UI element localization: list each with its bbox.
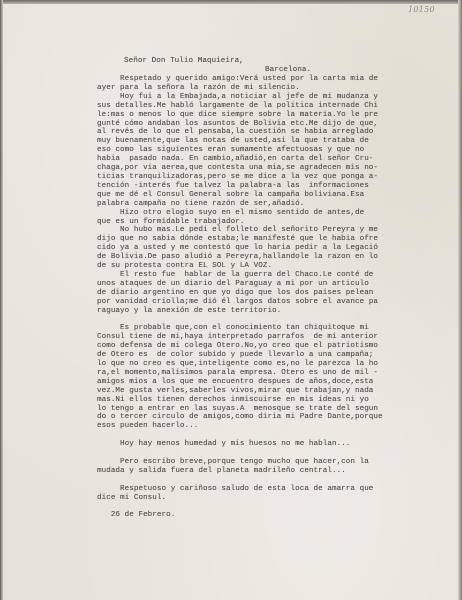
- letter-line: al revés de lo que el pensaba,la cuestió…: [97, 128, 383, 137]
- letter-line: chaga,por via aerea,que contesta una mia…: [97, 164, 383, 173]
- letter-line: de Otero es de color subido y puede llev…: [97, 351, 383, 360]
- letter-line: lo que no creo es que,inteligente como e…: [97, 360, 383, 369]
- letter-line: como defensa de mi colega Otero.No,yo cr…: [97, 342, 383, 351]
- letter-line: vez.Me gusta verles,saberles vivos,mirar…: [97, 387, 383, 396]
- letter-line: amigos mios a los que me encuentro despu…: [97, 378, 383, 387]
- letter-line: Respetuoso y cariñoso saludo de esta loc…: [97, 485, 383, 494]
- letter-line: raguayo y la anexión de este territorio.: [97, 307, 383, 316]
- scanned-letter-page: 10150 Señor Don Tulio Maquieira, Barcelo…: [0, 0, 462, 600]
- addressee-city: Barcelona.: [265, 66, 311, 75]
- letter-line: tención -interés fue talvez la palabra-a…: [97, 182, 383, 191]
- letter-line: palabra campaña no tiene razón de ser,añ…: [97, 200, 383, 209]
- letter-line: que me dé el Consul General sobre la cam…: [97, 191, 383, 200]
- letter-body: Respetado y querido amigo:Verá usted por…: [97, 75, 383, 520]
- letter-line: le:mas o menos lo que dice siempre sobre…: [97, 111, 383, 120]
- letter-line: muy buenamente,que las notas de usted,as…: [97, 137, 383, 146]
- blank-line: [97, 431, 383, 440]
- letter-line: 26 de Febrero.: [97, 511, 383, 520]
- letter-line: sus detalles.Me habló largamente de la p…: [97, 102, 383, 111]
- scan-left-edge: [0, 0, 3, 600]
- letter-line: mas.Ni ellos tienen derechos inmiscuirse…: [97, 396, 383, 405]
- letter-line: Es probable que,con el conocimiento tan …: [97, 324, 383, 333]
- addressee: Señor Don Tulio Maquieira,: [124, 57, 244, 66]
- letter-line: dice mi Consul.: [97, 494, 383, 503]
- letter-line: Respetado y querido amigo:Verá usted por…: [97, 75, 383, 84]
- folio-number: 10150: [408, 5, 435, 14]
- letter-line: de diario argentino en que yo digo que l…: [97, 289, 383, 298]
- letter-line: de su protesta contra EL SOL y LA VOZ.: [97, 262, 383, 271]
- letter-line: Consul tiene de mi,haya interpretado par…: [97, 333, 383, 342]
- letter-line: ayer para la señora la razón de mi silen…: [97, 84, 383, 93]
- letter-line: El resto fue hablar de la guerra del Cha…: [97, 271, 383, 280]
- letter-line: dijo que no sabia dónde estaba;le manife…: [97, 235, 383, 244]
- letter-line: Pero escribo breve,porque tengo mucho qu…: [97, 458, 383, 467]
- letter-line: No hubo mas.Le pedi el folleto del señor…: [97, 226, 383, 235]
- letter-line: de Bolivia.De paso aludió a Pereyra,hall…: [97, 253, 383, 262]
- letter-line: unos ataques de un diario del Paraguay a…: [97, 280, 383, 289]
- scan-top-edge: [0, 0, 462, 4]
- letter-line: por vanidad criolla;me dió él largos dat…: [97, 298, 383, 307]
- letter-line: mudada y salida fuera del planeta madril…: [97, 467, 383, 476]
- letter-line: do o tercer circulo de amigos,como diria…: [97, 413, 383, 422]
- letter-line: esos pueden hacerlo...: [97, 422, 383, 431]
- letter-line: habia pasado nada. En cambio,añadió,en c…: [97, 155, 383, 164]
- blank-line: [97, 476, 383, 485]
- letter-line: Hizo otro elogio suyo en el mismo sentid…: [97, 209, 383, 218]
- letter-line: ticias tranquilizadoras,pero se me dice …: [97, 173, 383, 182]
- letter-line: Hoy fui a la Embajada,a noticiar al jefe…: [97, 93, 383, 102]
- letter-line: Hoy hay menos humedad y mis huesos no me…: [97, 440, 383, 449]
- letter-line: ra,el momento,malisimos parala empresa. …: [97, 369, 383, 378]
- letter-line: eso como las siguientes eran sumamente a…: [97, 146, 383, 155]
- blank-line: [97, 449, 383, 458]
- scan-right-edge: [458, 0, 462, 600]
- letter-line: cido ya a usted y me contestó que lo har…: [97, 244, 383, 253]
